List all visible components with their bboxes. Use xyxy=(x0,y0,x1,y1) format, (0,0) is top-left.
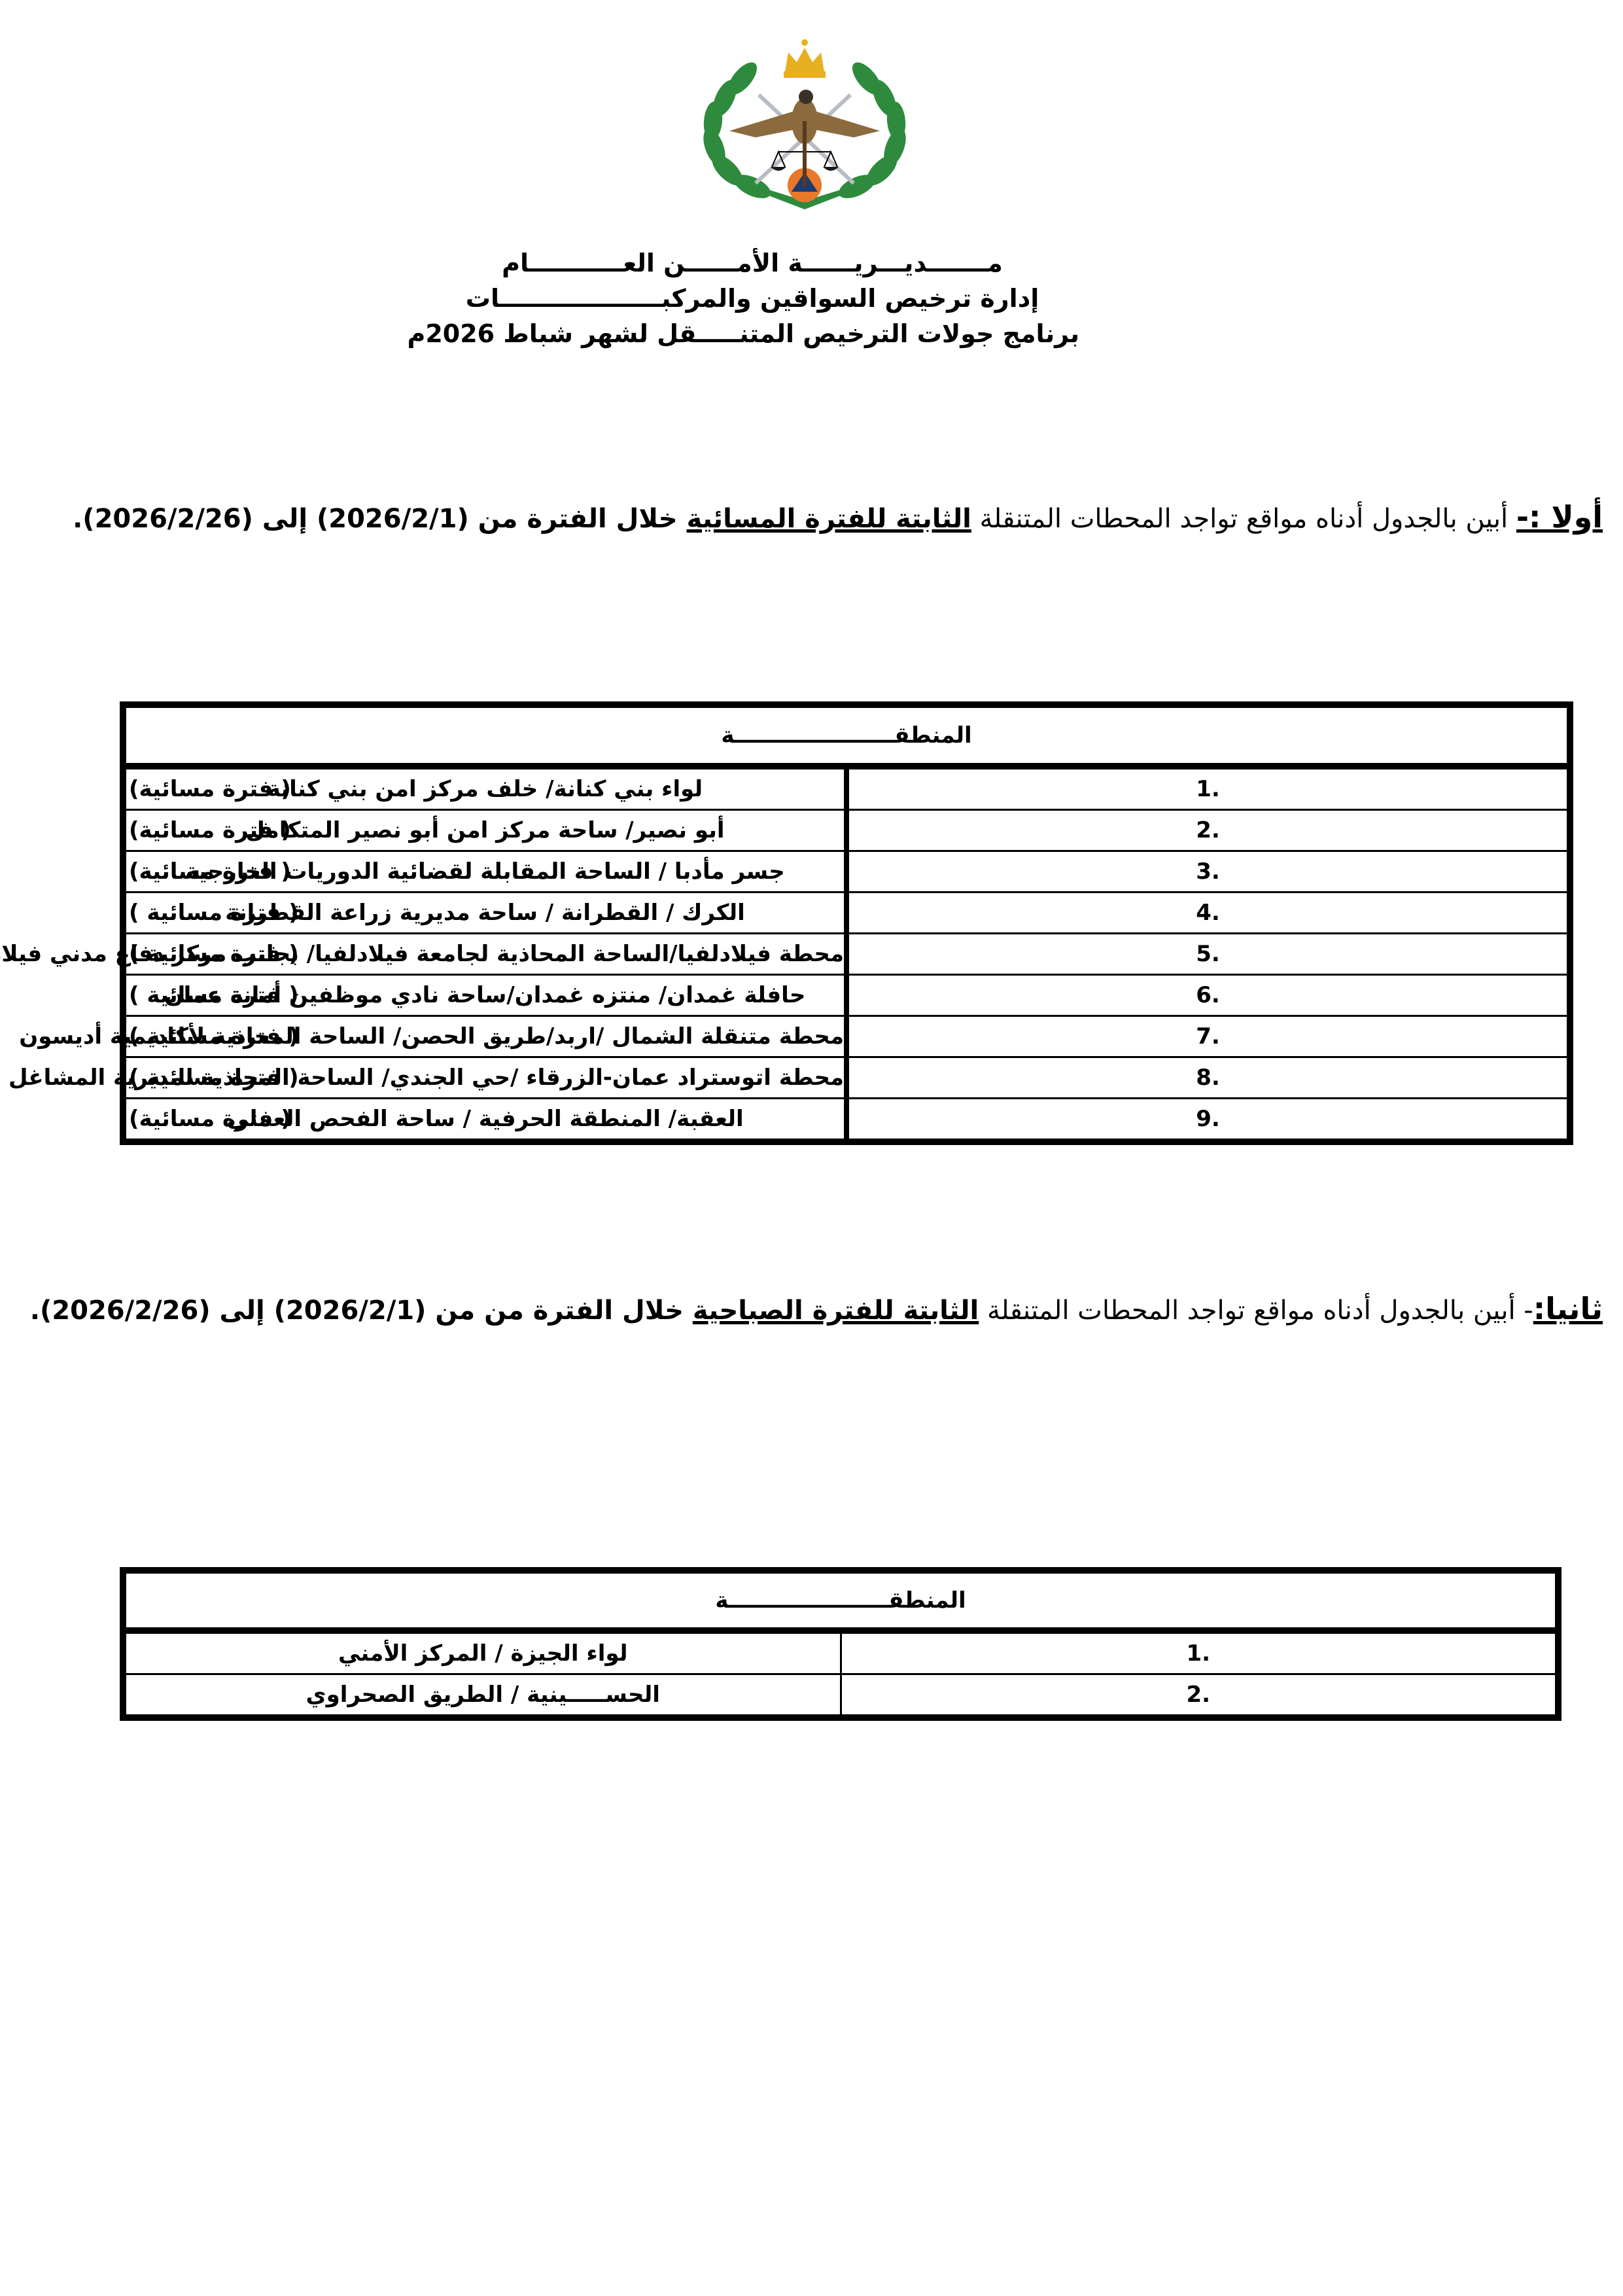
location-cell: محطة متنقلة الشمال /اربد/طريق الحصن/ الس… xyxy=(123,1016,846,1057)
period-label: ( فترة مسائية) xyxy=(129,776,291,802)
row-number: .1 xyxy=(846,766,1570,810)
section-2-text-a: - أبين بالجدول أدناه مواقع تواجد المحطات… xyxy=(979,1296,1533,1326)
location-cell: جسر مأدبا / الساحة المقابلة لقضائية الدو… xyxy=(123,851,846,892)
table-row: .1 لواء الجيزة / المركز الأمني xyxy=(123,1631,1558,1674)
section-1-intro: أولا :- أبين بالجدول أدناه مواقع تواجد ا… xyxy=(98,497,1603,539)
period-label: ( فترة مسائية) xyxy=(129,817,291,843)
location-cell: محطة فيلادلفيا/الساحة المحاذية لجامعة في… xyxy=(123,934,846,975)
table-row: .2 أبو نصير/ ساحة مركز امن أبو نصير المت… xyxy=(123,810,1570,851)
section-2-intro: ثانيا:- أبين بالجدول أدناه مواقع تواجد ا… xyxy=(98,1289,1603,1330)
section-2-underlined: الثابتة للفترة الصباحية xyxy=(693,1296,979,1326)
location-cell: لواء الجيزة / المركز الأمني xyxy=(123,1631,841,1674)
public-security-emblem-icon xyxy=(680,23,929,213)
table-row: .2 الحســـــينية / الطريق الصحراوي xyxy=(123,1674,1558,1718)
section-2-text-b: خلال الفترة من من (2026/2/1) إلى (2026/2… xyxy=(30,1296,693,1326)
location-cell: لواء بني كنانة/ خلف مركز امن بني كنانة( … xyxy=(123,766,846,810)
location-text: الكرك / القطرانة / ساحة مديرية زراعة الق… xyxy=(225,900,745,926)
row-number: .6 xyxy=(846,975,1570,1016)
period-label: ( فترة مسائية) xyxy=(129,858,291,885)
period-label: ( فترة مسائية ) xyxy=(129,1065,299,1091)
table-row: .8 محطة اتوستراد عمان-الزرقاء /حي الجندي… xyxy=(123,1057,1570,1099)
row-number: .2 xyxy=(841,1674,1558,1718)
table-row: .5 محطة فيلادلفيا/الساحة المحاذية لجامعة… xyxy=(123,934,1570,975)
table-row: .9 العقبة/ المنطقة الحرفية / ساحة الفحص … xyxy=(123,1099,1570,1142)
table-row: .3 جسر مأدبا / الساحة المقابلة لقضائية ا… xyxy=(123,851,1570,892)
section-1-text-a: أبين بالجدول أدناه مواقع تواجد المحطات ا… xyxy=(971,504,1516,534)
row-number: .9 xyxy=(846,1099,1570,1142)
table-row: .1 لواء بني كنانة/ خلف مركز امن بني كنان… xyxy=(123,766,1570,810)
location-cell: محطة اتوستراد عمان-الزرقاء /حي الجندي/ ا… xyxy=(123,1057,846,1099)
row-number: .8 xyxy=(846,1057,1570,1099)
row-number: .5 xyxy=(846,934,1570,975)
location-text: الحســـــينية / الطريق الصحراوي xyxy=(306,1682,660,1708)
location-text: محطة فيلادلفيا/الساحة المحاذية لجامعة في… xyxy=(0,941,844,967)
location-text: أبو نصير/ ساحة مركز امن أبو نصير المتكام… xyxy=(245,817,724,843)
location-text: محطة اتوستراد عمان-الزرقاء /حي الجندي/ ا… xyxy=(0,1065,844,1091)
location-cell: حافلة غمدان/ منتزه غمدان/ساحة نادي موظفي… xyxy=(123,975,846,1016)
section-1-underlined: الثابتة للفترة المسائية xyxy=(686,504,971,534)
row-number: .1 xyxy=(841,1631,1558,1674)
section-2-lead: ثانيا: xyxy=(1533,1291,1603,1326)
period-label: ( فترة مسائية ) xyxy=(129,1023,299,1050)
row-number: .4 xyxy=(846,892,1570,934)
period-label: ( فترة مسائية ) xyxy=(129,900,299,926)
evening-locations-table: المنطقـــــــــــــــــــــة .1 لواء بني… xyxy=(120,701,1573,1145)
row-number: .3 xyxy=(846,851,1570,892)
location-text: لواء الجيزة / المركز الأمني xyxy=(338,1640,628,1667)
location-text: لواء بني كنانة/ خلف مركز امن بني كنانة xyxy=(268,776,703,802)
document-header: مـــــــديـــريــــــة الأمــــــن العــ… xyxy=(425,245,1079,351)
location-cell: العقبة/ المنطقة الحرفية / ساحة الفحص الع… xyxy=(123,1099,846,1142)
emblem-logo xyxy=(680,23,929,213)
row-number: .2 xyxy=(846,810,1570,851)
period-label: ( فترة مسائية ) xyxy=(129,941,299,967)
section-1-text-b: خلال الفترة من (2026/2/1) إلى (2026/2/26… xyxy=(73,504,686,534)
location-text: العقبة/ المنطقة الحرفية / ساحة الفحص الع… xyxy=(226,1106,743,1132)
period-label: ( فترة مسائية) xyxy=(129,1106,291,1132)
header-directorate: مـــــــديـــريــــــة الأمــــــن العــ… xyxy=(425,245,1079,281)
period-label: ( فترة مسائية ) xyxy=(129,982,299,1008)
table-row: .4 الكرك / القطرانة / ساحة مديرية زراعة … xyxy=(123,892,1570,934)
table-1-header: المنطقـــــــــــــــــــــة xyxy=(123,705,1570,766)
location-cell: الكرك / القطرانة / ساحة مديرية زراعة الق… xyxy=(123,892,846,934)
location-cell: الحســـــينية / الطريق الصحراوي xyxy=(123,1674,841,1718)
row-number: .7 xyxy=(846,1016,1570,1057)
table-2-header: المنطقـــــــــــــــــــــة xyxy=(123,1570,1558,1631)
table-row: .6 حافلة غمدان/ منتزه غمدان/ساحة نادي مو… xyxy=(123,975,1570,1016)
morning-locations-table: المنطقـــــــــــــــــــــة .1 لواء الج… xyxy=(120,1567,1562,1721)
header-department: إدارة ترخيص السواقين والمركبــــــــــــ… xyxy=(425,281,1079,316)
header-program-title: برنامج جولات الترخيص المتنـــــقل لشهر ش… xyxy=(425,316,1079,351)
section-1-lead: أولا :- xyxy=(1516,499,1603,535)
location-cell: أبو نصير/ ساحة مركز امن أبو نصير المتكام… xyxy=(123,810,846,851)
table-row: .7 محطة متنقلة الشمال /اربد/طريق الحصن/ … xyxy=(123,1016,1570,1057)
